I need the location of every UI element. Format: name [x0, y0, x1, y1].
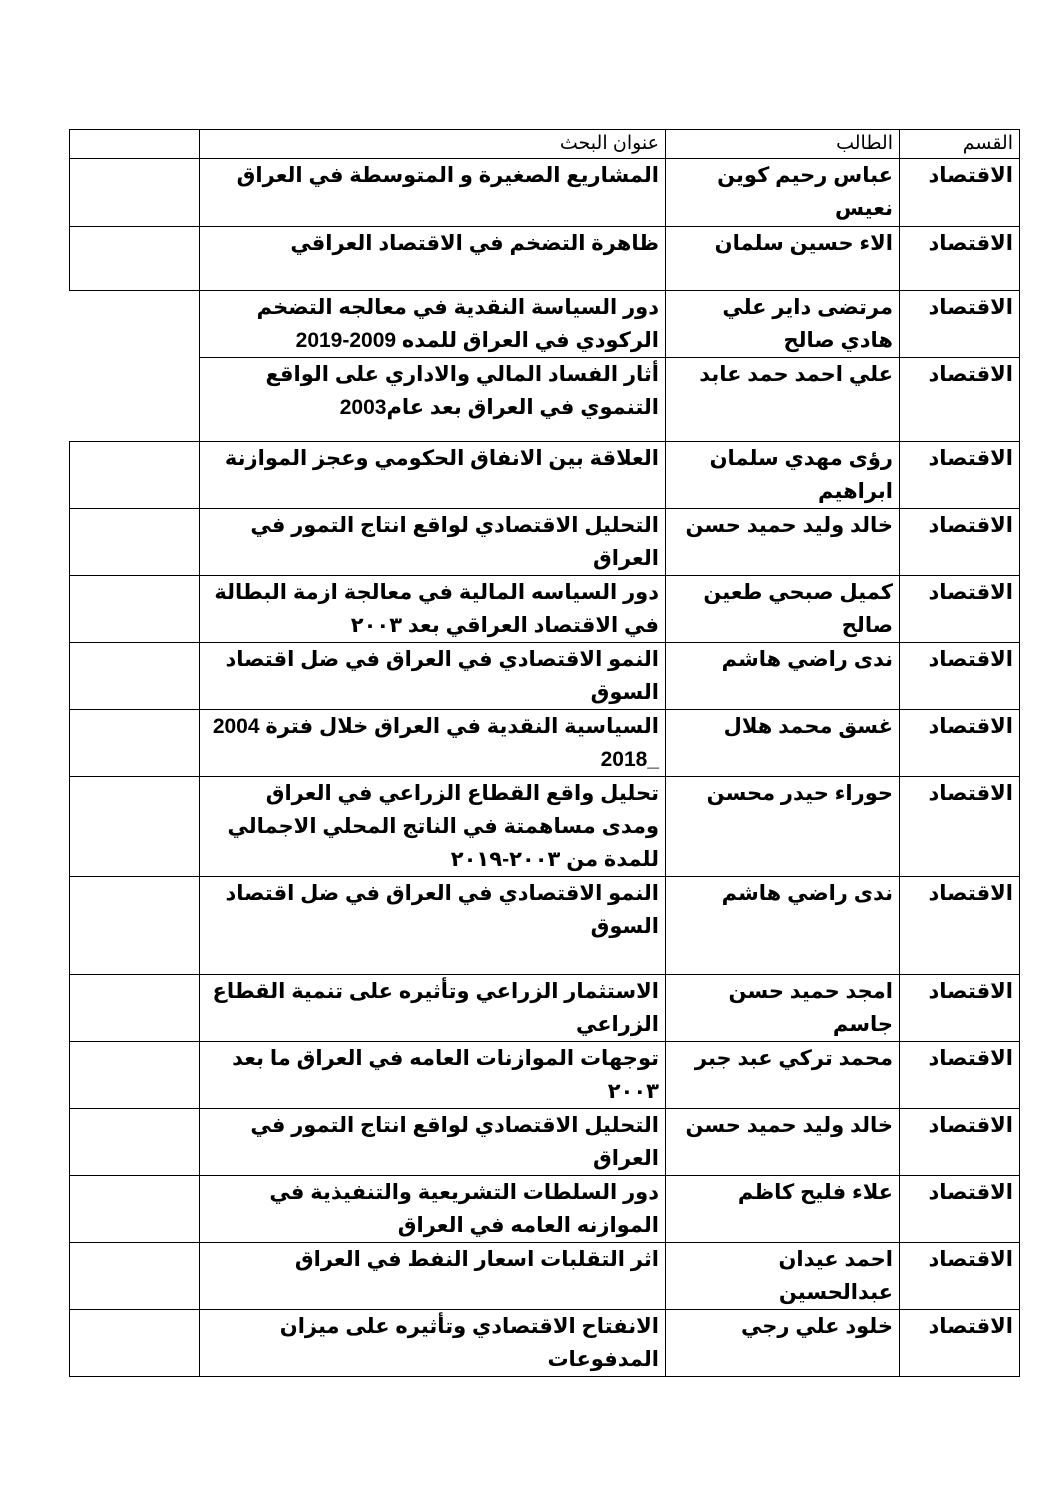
cell-extra — [70, 291, 200, 358]
header-department: القسم — [900, 130, 1020, 159]
cell-title: دور السياسه المالية في معالجة ازمة البطا… — [200, 576, 666, 643]
cell-title: العلاقة بين الانفاق الحكومي وعجز الموازن… — [200, 442, 666, 509]
cell-department: الاقتصاد — [900, 442, 1020, 509]
cell-title: دور السلطات التشريعية والتنفيذية في المو… — [200, 1176, 666, 1243]
cell-title: الانفتاح الاقتصادي وتأثيره على ميزان الم… — [200, 1310, 666, 1377]
table-row: الاقتصاد خلود علي رجي الانفتاح الاقتصادي… — [70, 1310, 1020, 1377]
table-row: الاقتصاد رؤى مهدي سلمان ابراهيم العلاقة … — [70, 442, 1020, 509]
table-row: الاقتصاد خالد وليد حميد حسن التحليل الاق… — [70, 1109, 1020, 1176]
cell-extra — [70, 159, 200, 227]
cell-title: اثر التقلبات اسعار النفط في العراق — [200, 1243, 666, 1310]
cell-title: أثار الفساد المالي والاداري على الواقع ا… — [200, 358, 666, 442]
cell-title: النمو الاقتصادي في العراق في ضل اقتصاد ا… — [200, 877, 666, 975]
cell-department: الاقتصاد — [900, 877, 1020, 975]
table-row: الاقتصاد غسق محمد هلال السياسية النقدية … — [70, 710, 1020, 777]
header-extra — [70, 130, 200, 159]
table-row: الاقتصاد ندى راضي هاشم النمو الاقتصادي ف… — [70, 877, 1020, 975]
cell-student: علاء فليح كاظم — [666, 1176, 900, 1243]
cell-department: الاقتصاد — [900, 1109, 1020, 1176]
cell-student: ندى راضي هاشم — [666, 643, 900, 710]
cell-student: خلود علي رجي — [666, 1310, 900, 1377]
cell-extra — [70, 509, 200, 576]
cell-department: الاقتصاد — [900, 159, 1020, 227]
table-row: الاقتصاد احمد عيدان عبدالحسين اثر التقلب… — [70, 1243, 1020, 1310]
cell-title: دور السياسة النقدية في معالجه التضخم الر… — [200, 291, 666, 358]
cell-extra — [70, 1243, 200, 1310]
cell-extra — [70, 1310, 200, 1377]
cell-department: الاقتصاد — [900, 777, 1020, 877]
cell-title: ظاهرة التضخم في الاقتصاد العراقي — [200, 227, 666, 291]
research-titles-table: القسم الطالب عنوان البحث الاقتصاد عباس ر… — [69, 129, 1020, 1377]
cell-title: الاستثمار الزراعي وتأثيره على تنمية القط… — [200, 975, 666, 1042]
cell-title: التحليل الاقتصادي لواقع انتاج التمور في … — [200, 1109, 666, 1176]
header-title: عنوان البحث — [200, 130, 666, 159]
cell-extra — [70, 877, 200, 975]
document-page: القسم الطالب عنوان البحث الاقتصاد عباس ر… — [0, 0, 1058, 1497]
cell-department: الاقتصاد — [900, 643, 1020, 710]
cell-student: الاء حسين سلمان — [666, 227, 900, 291]
cell-title: التحليل الاقتصادي لواقع انتاج التمور في … — [200, 509, 666, 576]
cell-student: محمد تركي عبد جبر — [666, 1042, 900, 1109]
cell-department: الاقتصاد — [900, 1176, 1020, 1243]
cell-student: خالد وليد حميد حسن — [666, 509, 900, 576]
cell-department: الاقتصاد — [900, 975, 1020, 1042]
cell-department: الاقتصاد — [900, 1243, 1020, 1310]
cell-extra — [70, 710, 200, 777]
cell-department: الاقتصاد — [900, 291, 1020, 358]
table-row: الاقتصاد كميل صبحي طعين صالح دور السياسه… — [70, 576, 1020, 643]
cell-department: الاقتصاد — [900, 227, 1020, 291]
table-row: الاقتصاد خالد وليد حميد حسن التحليل الاق… — [70, 509, 1020, 576]
cell-department: الاقتصاد — [900, 1310, 1020, 1377]
table-row: الاقتصاد محمد تركي عبد جبر توجهات المواز… — [70, 1042, 1020, 1109]
cell-extra — [70, 777, 200, 877]
cell-extra — [70, 975, 200, 1042]
cell-department: الاقتصاد — [900, 358, 1020, 442]
table-row: الاقتصاد عباس رحيم كوين نعيس المشاريع ال… — [70, 159, 1020, 227]
cell-title: السياسية النقدية في العراق خلال فترة 200… — [200, 710, 666, 777]
cell-title: توجهات الموازنات العامه في العراق ما بعد… — [200, 1042, 666, 1109]
cell-student: مرتضى داير علي هادي صالح — [666, 291, 900, 358]
cell-department: الاقتصاد — [900, 1042, 1020, 1109]
cell-extra — [70, 1109, 200, 1176]
cell-student: خالد وليد حميد حسن — [666, 1109, 900, 1176]
cell-student: عباس رحيم كوين نعيس — [666, 159, 900, 227]
cell-student: علي احمد حمد عابد — [666, 358, 900, 442]
table-row: الاقتصاد الاء حسين سلمان ظاهرة التضخم في… — [70, 227, 1020, 291]
table-row: الاقتصاد مرتضى داير علي هادي صالح دور ال… — [70, 291, 1020, 358]
cell-extra — [70, 643, 200, 710]
cell-extra — [70, 227, 200, 291]
cell-title: تحليل واقع القطاع الزراعي في العراق ومدى… — [200, 777, 666, 877]
table-header-row: القسم الطالب عنوان البحث — [70, 130, 1020, 159]
cell-department: الاقتصاد — [900, 509, 1020, 576]
header-student: الطالب — [666, 130, 900, 159]
cell-student: ندى راضي هاشم — [666, 877, 900, 975]
cell-student: حوراء حيدر محسن — [666, 777, 900, 877]
cell-student: احمد عيدان عبدالحسين — [666, 1243, 900, 1310]
table-row: الاقتصاد علي احمد حمد عابد أثار الفساد ا… — [70, 358, 1020, 442]
cell-title: النمو الاقتصادي في العراق في ضل اقتصاد ا… — [200, 643, 666, 710]
cell-department: الاقتصاد — [900, 576, 1020, 643]
cell-extra — [70, 442, 200, 509]
cell-student: امجد حميد حسن جاسم — [666, 975, 900, 1042]
cell-student: غسق محمد هلال — [666, 710, 900, 777]
cell-extra — [70, 1042, 200, 1109]
cell-extra — [70, 1176, 200, 1243]
table-row: الاقتصاد امجد حميد حسن جاسم الاستثمار ال… — [70, 975, 1020, 1042]
cell-title: المشاريع الصغيرة و المتوسطة في العراق — [200, 159, 666, 227]
cell-department: الاقتصاد — [900, 710, 1020, 777]
cell-extra — [70, 576, 200, 643]
cell-student: رؤى مهدي سلمان ابراهيم — [666, 442, 900, 509]
cell-extra — [70, 358, 200, 442]
cell-student: كميل صبحي طعين صالح — [666, 576, 900, 643]
table-row: الاقتصاد ندى راضي هاشم النمو الاقتصادي ف… — [70, 643, 1020, 710]
table-row: الاقتصاد حوراء حيدر محسن تحليل واقع القط… — [70, 777, 1020, 877]
table-row: الاقتصاد علاء فليح كاظم دور السلطات التش… — [70, 1176, 1020, 1243]
